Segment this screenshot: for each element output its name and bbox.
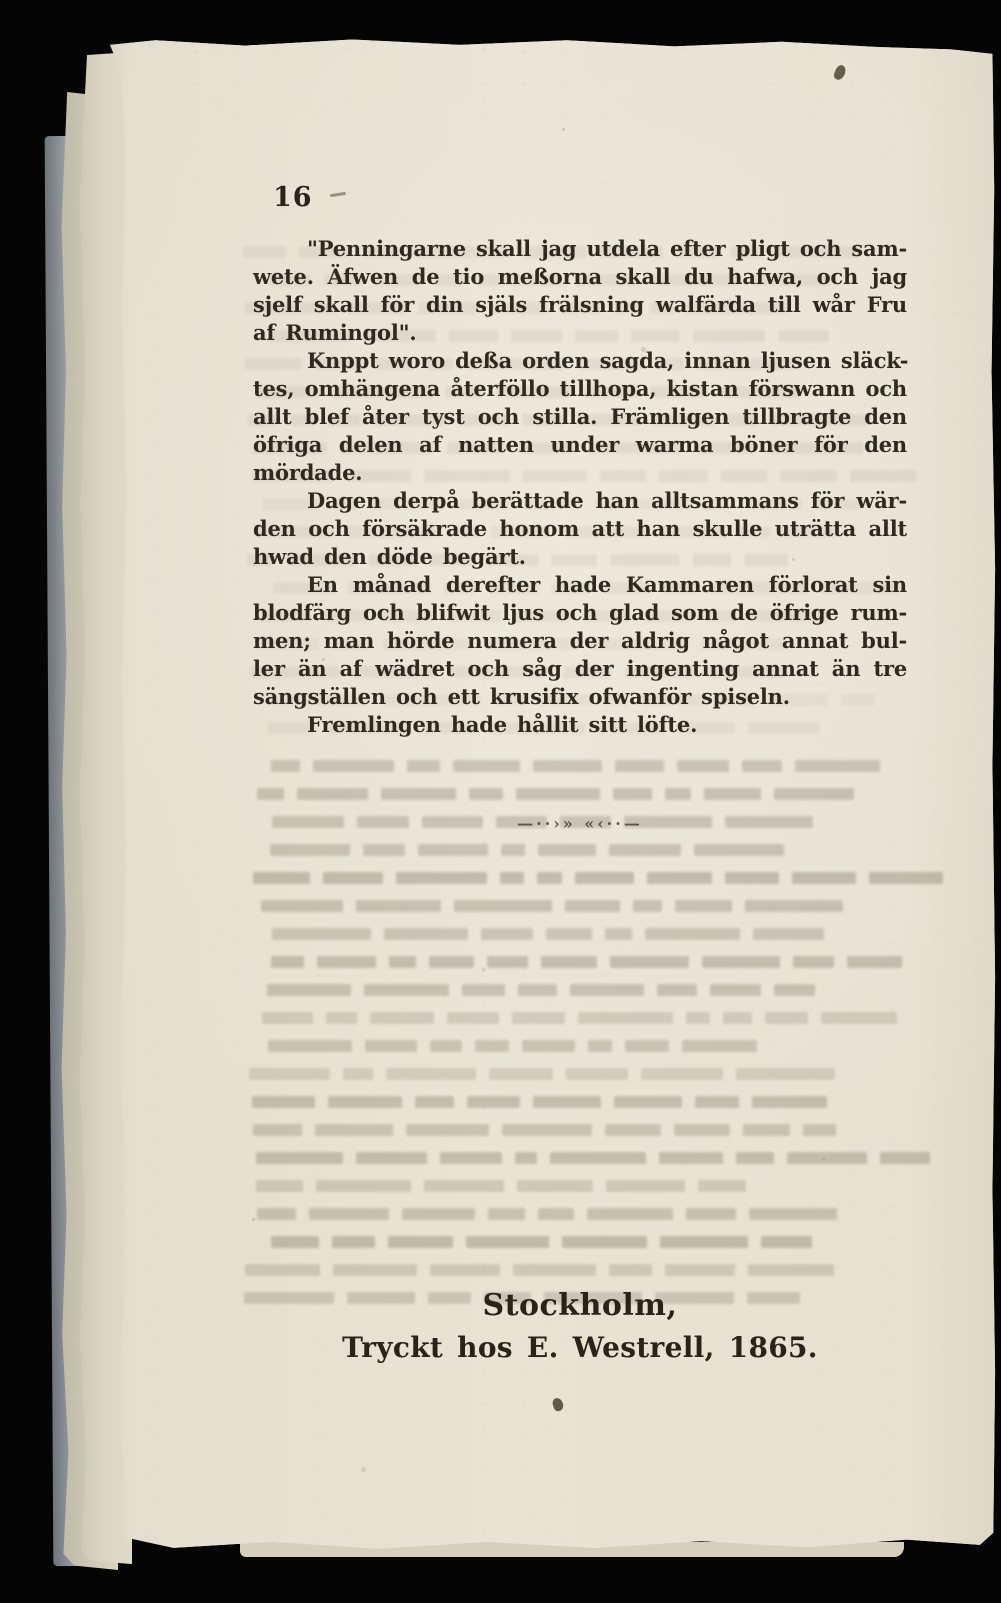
text-line: allt blef åter tyst och stilla. Främlige… xyxy=(253,403,907,431)
text-line: Dagen derpå berättade han alltsammans fö… xyxy=(253,487,907,515)
text-line: "Penningarne skall jag utdela efter plig… xyxy=(253,235,907,263)
scanned-book-photo: 16 "Penningarne skall jag utdela efter p… xyxy=(0,0,1001,1603)
imprint-city: Stockholm, xyxy=(253,1288,907,1323)
text-line: sjelf skall för din själs frälsning walf… xyxy=(253,291,907,319)
paper-flecks xyxy=(102,38,105,41)
divider-ornament: —··›» «‹··— xyxy=(253,814,907,833)
text-line: sängställen och ett krusifix ofwanför sp… xyxy=(253,683,907,711)
body-text: "Penningarne skall jag utdela efter plig… xyxy=(253,235,907,739)
text-line: men; man hörde numera der aldrig något a… xyxy=(253,627,907,655)
text-line: blodfärg och blifwit ljus och glad som d… xyxy=(253,599,907,627)
imprint-printer: Tryckt hos E. Westrell, 1865. xyxy=(253,1331,907,1364)
text-line: mördade. xyxy=(253,459,907,487)
text-line: af Rumingol". xyxy=(253,319,907,347)
text-line: tes, omhängena återföllo tillhopa, kista… xyxy=(253,375,907,403)
text-line: wete. Äfwen de tio meßorna skall du hafw… xyxy=(253,263,907,291)
text-line: den och försäkrade honom att han skulle … xyxy=(253,515,907,543)
imprint: Stockholm, Tryckt hos E. Westrell, 1865. xyxy=(253,1288,907,1364)
text-line: ler än af wädret och såg der ingenting a… xyxy=(253,655,907,683)
book-page: 16 "Penningarne skall jag utdela efter p… xyxy=(102,38,996,1554)
text-line: Knppt woro deßa orden sagda, innan ljuse… xyxy=(253,347,907,375)
ink-speck-bottom xyxy=(551,1397,564,1412)
page-number: 16 xyxy=(273,182,313,213)
text-line: En månad derefter hade Kammaren förlorat… xyxy=(253,571,907,599)
text-line: öfriga delen af natten under warma böner… xyxy=(253,431,907,459)
ink-speck-top xyxy=(832,64,847,82)
text-line: hwad den döde begärt. xyxy=(253,543,907,571)
text-line: Fremlingen hade hållit sitt löfte. xyxy=(253,711,907,739)
pen-dash-mark xyxy=(330,192,346,197)
